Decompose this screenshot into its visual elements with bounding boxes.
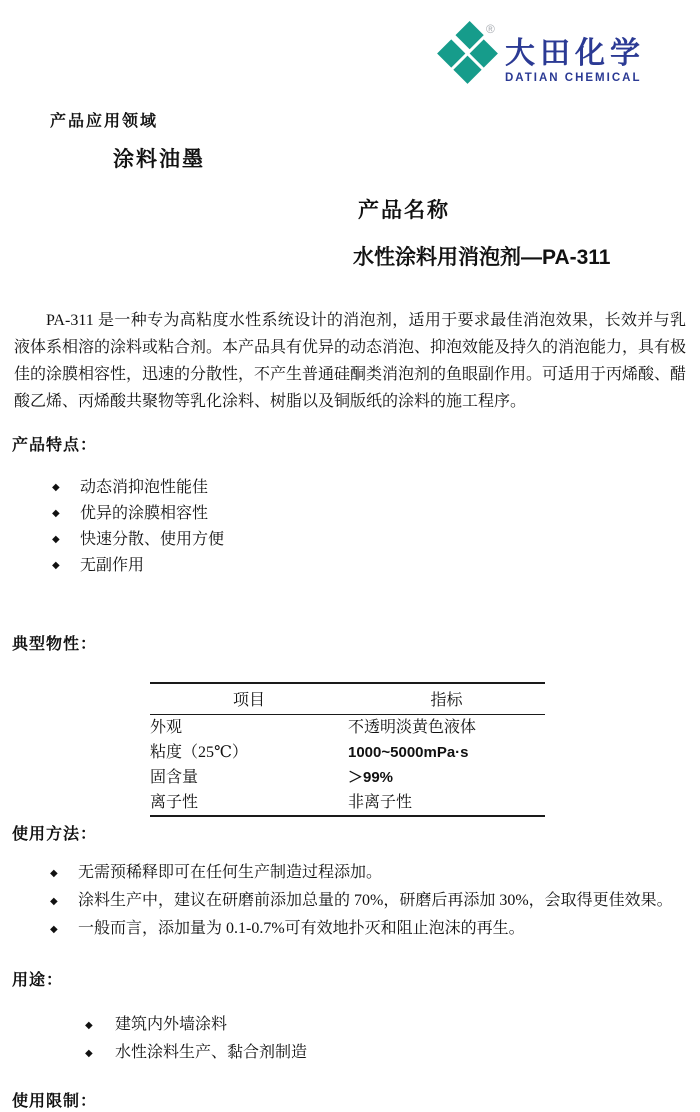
usage-list-item: ◆ 无需预稀释即可在任何生产制造过程添加。 xyxy=(12,859,688,887)
bullet-diamond-icon: ◆ xyxy=(85,1040,93,1068)
bullet-diamond-icon: ◆ xyxy=(52,527,60,553)
table-row: 固含量 ＞99% xyxy=(150,765,545,790)
feature-list-item: ◆ 动态消抑泡性能佳 xyxy=(12,475,688,501)
typical-properties-table: 项目 指标 外观 不透明淡黄色液体 粘度（25℃） 1000~5000mPa·s… xyxy=(150,682,545,817)
feature-text: 优异的涂膜相容性 xyxy=(80,505,208,522)
uses-list-item: ◆ 水性涂料生产、黏合剂制造 xyxy=(12,1039,688,1067)
usage-list-item: ◆ 涂料生产中，建议在研磨前添加总量的 70%，研磨后再添加 30%，会取得更佳… xyxy=(12,887,688,915)
table-header-value: 指标 xyxy=(348,683,545,715)
table-row: 离子性 非离子性 xyxy=(150,790,545,816)
feature-text: 动态消抑泡性能佳 xyxy=(80,479,208,496)
bullet-diamond-icon: ◆ xyxy=(52,553,60,579)
feature-list-item: ◆ 无副作用 xyxy=(12,553,688,579)
application-field-label: 产品应用领域 xyxy=(50,111,688,133)
usage-text: 无需预稀释即可在任何生产制造过程添加。 xyxy=(78,864,382,881)
property-value-cell: 1000~5000mPa·s xyxy=(348,740,545,765)
uses-list-item: ◆ 建筑内外墙涂料 xyxy=(12,1011,688,1039)
bullet-diamond-icon: ◆ xyxy=(50,888,58,916)
table-header: 项目 指标 xyxy=(150,683,545,715)
feature-text: 无副作用 xyxy=(80,557,144,574)
brand-name-block: 大田化学 DATIAN CHEMICAL xyxy=(505,38,685,84)
property-value-cell: 不透明淡黄色液体 xyxy=(348,715,545,741)
section-heading-properties: 典型物性： xyxy=(12,634,688,656)
section-heading-features: 产品特点： xyxy=(12,435,688,457)
table-row: 外观 不透明淡黄色液体 xyxy=(150,715,545,741)
property-value-cell: ＞99% xyxy=(348,765,545,790)
table-header-item: 项目 xyxy=(150,683,348,715)
product-name: 水性涂料用消泡剂—PA-311 xyxy=(353,243,688,273)
registered-trademark-icon: ® xyxy=(486,22,495,36)
table-body: 外观 不透明淡黄色液体 粘度（25℃） 1000~5000mPa·s 固含量 ＞… xyxy=(150,715,545,817)
product-datasheet-page: { "bullet_glyph": "◆", "logo": { "brand_… xyxy=(0,0,700,1112)
features-list: ◆ 动态消抑泡性能佳 ◆ 优异的涂膜相容性 ◆ 快速分散、使用方便 ◆ 无副作用 xyxy=(12,475,688,579)
section-heading-uses: 用途： xyxy=(12,970,688,992)
document-body: 产品应用领域 涂料油墨 产品名称 水性涂料用消泡剂—PA-311 PA-311 … xyxy=(0,111,700,1112)
bullet-diamond-icon: ◆ xyxy=(50,916,58,944)
bullet-diamond-icon: ◆ xyxy=(50,860,58,888)
feature-list-item: ◆ 快速分散、使用方便 xyxy=(12,527,688,553)
bullet-diamond-icon: ◆ xyxy=(85,1012,93,1040)
bullet-diamond-icon: ◆ xyxy=(52,501,60,527)
uses-list: ◆ 建筑内外墙涂料 ◆ 水性涂料生产、黏合剂制造 xyxy=(12,1011,688,1067)
property-value-cell: 非离子性 xyxy=(348,790,545,816)
table-row: 粘度（25℃） 1000~5000mPa·s xyxy=(150,740,545,765)
section-heading-usage: 使用方法： xyxy=(12,824,688,846)
property-name-cell: 离子性 xyxy=(150,790,348,816)
brand-name-english: DATIAN CHEMICAL xyxy=(505,72,685,84)
application-field-value: 涂料油墨 xyxy=(113,145,688,175)
bullet-diamond-icon: ◆ xyxy=(52,475,60,501)
usage-list: ◆ 无需预稀释即可在任何生产制造过程添加。 ◆ 涂料生产中，建议在研磨前添加总量… xyxy=(12,859,688,943)
property-name-cell: 粘度（25℃） xyxy=(150,740,348,765)
uses-text: 建筑内外墙涂料 xyxy=(115,1016,227,1033)
uses-text: 水性涂料生产、黏合剂制造 xyxy=(115,1044,307,1061)
brand-name-chinese: 大田化学 xyxy=(505,38,685,70)
product-name-label: 产品名称 xyxy=(358,196,688,226)
usage-list-item: ◆ 一般而言，添加量为 0.1-0.7%可有效地扑灭和阻止泡沫的再生。 xyxy=(12,915,688,943)
usage-text: 涂料生产中，建议在研磨前添加总量的 70%，研磨后再添加 30%，会取得更佳效果… xyxy=(78,892,673,909)
feature-list-item: ◆ 优异的涂膜相容性 xyxy=(12,501,688,527)
feature-text: 快速分散、使用方便 xyxy=(80,531,224,548)
company-logo: ® 大田化学 DATIAN CHEMICAL xyxy=(435,20,690,98)
property-name-cell: 固含量 xyxy=(150,765,348,790)
property-name-cell: 外观 xyxy=(150,715,348,741)
product-description-paragraph: PA-311 是一种专为高粘度水性系统设计的消泡剂，适用于要求最佳消泡效果，长效… xyxy=(14,307,686,415)
usage-text: 一般而言，添加量为 0.1-0.7%可有效地扑灭和阻止泡沫的再生。 xyxy=(78,920,525,937)
section-heading-restrictions: 使用限制： xyxy=(12,1091,688,1112)
